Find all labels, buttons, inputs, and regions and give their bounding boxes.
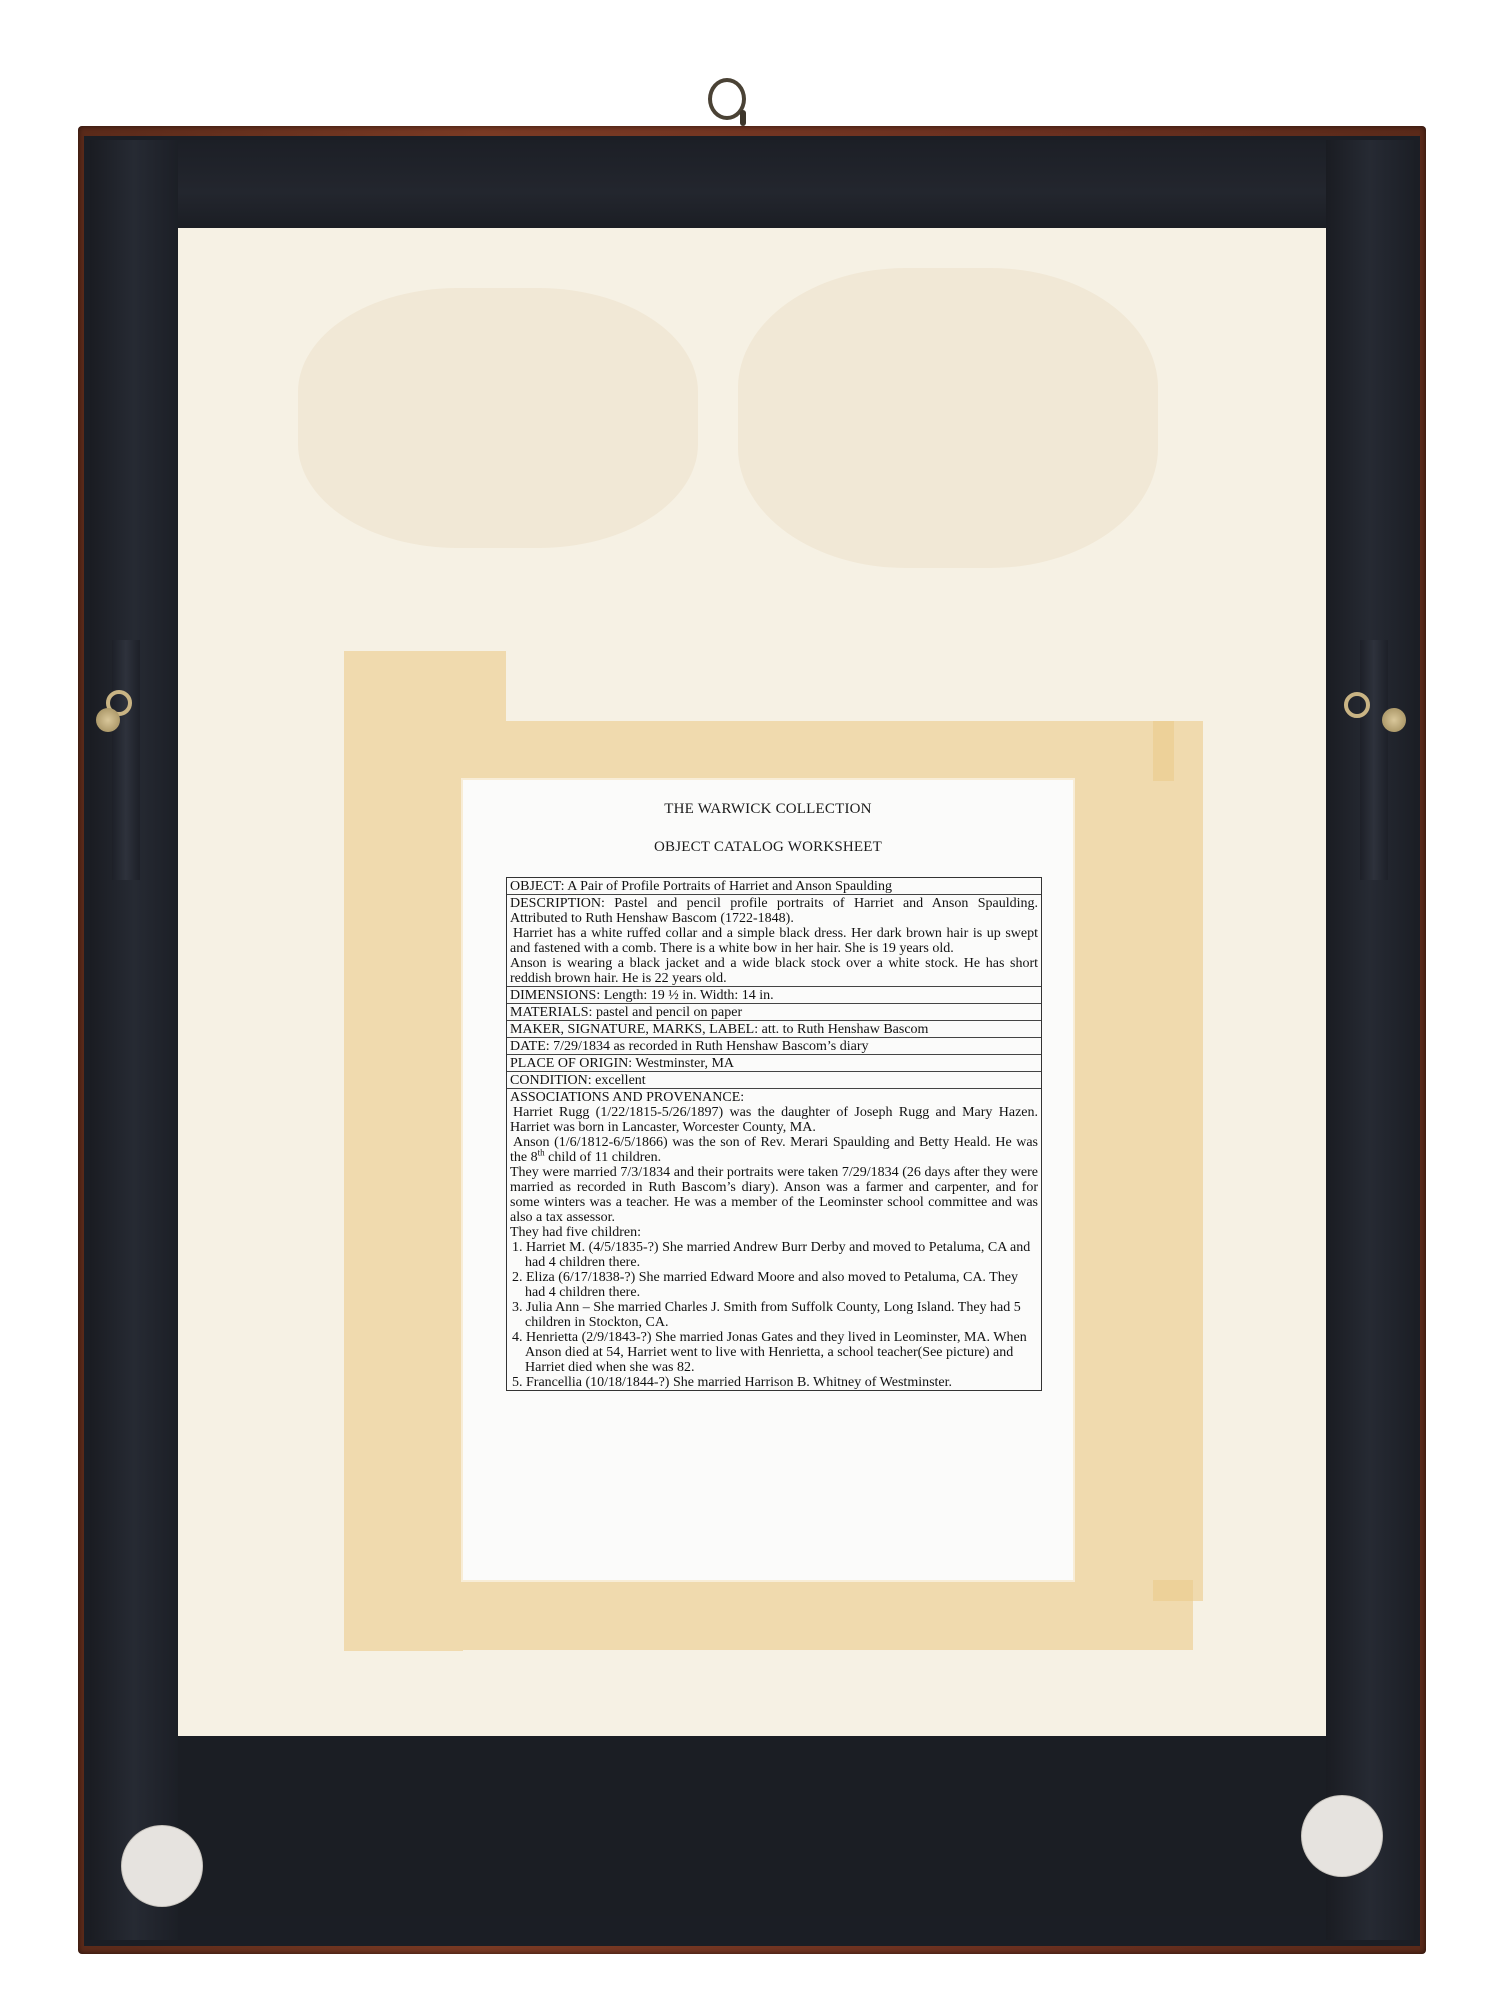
anson-bio-text-end: child of 11 children. (545, 1150, 662, 1165)
provenance-label: ASSOCIATIONS AND PROVENANCE: (510, 1090, 1038, 1105)
child-list-item: 5. Francellia (10/18/1844-?) She married… (510, 1375, 1038, 1390)
condition-row: CONDITION: excellent (507, 1072, 1041, 1089)
d-ring-right-icon (1344, 692, 1370, 718)
maker-row: MAKER, SIGNATURE, MARKS, LABEL: att. to … (507, 1021, 1041, 1038)
tape-strip-left (344, 781, 463, 1651)
water-stain (298, 288, 698, 548)
velvet-border-bottom (178, 1736, 1326, 1916)
child-list-item: 1. Harriet M. (4/5/1835-?) She married A… (510, 1240, 1038, 1270)
velvet-border-left (90, 140, 178, 1940)
felt-bumper-right-icon (1302, 1796, 1382, 1876)
hanging-ring-post (740, 110, 746, 126)
velvet-border-right (1326, 140, 1414, 1940)
collection-heading: THE WARWICK COLLECTION (463, 801, 1073, 818)
tape-strip-top-left (344, 651, 506, 721)
children-intro: They had five children: (510, 1225, 1038, 1240)
velvet-pinch-right (1360, 640, 1388, 880)
marriage-text: They were married 7/3/1834 and their por… (510, 1165, 1038, 1225)
child-list-item: 4. Henrietta (2/9/1843-?) She married Jo… (510, 1330, 1038, 1375)
tape-strip-top (344, 721, 1174, 781)
felt-bumper-left-icon (122, 1826, 202, 1906)
ordinal-suffix: th (538, 1147, 545, 1157)
description-row: DESCRIPTION: Pastel and pencil profile p… (507, 895, 1041, 987)
child-list-item: 3. Julia Ann – She married Charles J. Sm… (510, 1300, 1038, 1330)
velvet-pinch-left (112, 640, 140, 880)
screw-left-icon (96, 708, 120, 732)
anson-bio: Anson (1/6/1812-6/5/1866) was the son of… (510, 1135, 1038, 1165)
child-list-item: 2. Eliza (6/17/1838-?) She married Edwar… (510, 1270, 1038, 1300)
catalog-worksheet: THE WARWICK COLLECTION OBJECT CATALOG WO… (463, 780, 1073, 1580)
worksheet-heading: OBJECT CATALOG WORKSHEET (463, 839, 1073, 856)
dimensions-row: DIMENSIONS: Length: 19 ½ in. Width: 14 i… (507, 987, 1041, 1004)
origin-row: PLACE OF ORIGIN: Westminster, MA (507, 1055, 1041, 1072)
tape-strip-bottom (463, 1580, 1193, 1650)
materials-row: MATERIALS: pastel and pencil on paper (507, 1004, 1041, 1021)
tape-strip-inner-right (1073, 781, 1153, 1580)
harriet-bio: Harriet Rugg (1/22/1815-5/26/1897) was t… (510, 1105, 1038, 1135)
object-row: OBJECT: A Pair of Profile Portraits of H… (507, 878, 1041, 895)
description-harriet: Harriet has a white ruffed collar and a … (510, 926, 1038, 956)
description-intro: DESCRIPTION: Pastel and pencil profile p… (510, 896, 1038, 926)
description-anson: Anson is wearing a black jacket and a wi… (510, 956, 1038, 986)
provenance-row: ASSOCIATIONS AND PROVENANCE: Harriet Rug… (507, 1089, 1041, 1390)
tape-strip-right (1153, 721, 1203, 1601)
screw-right-icon (1382, 708, 1406, 732)
velvet-border-top (178, 140, 1326, 228)
date-row: DATE: 7/29/1834 as recorded in Ruth Hens… (507, 1038, 1041, 1055)
water-stain (738, 268, 1158, 568)
catalog-table: OBJECT: A Pair of Profile Portraits of H… (506, 877, 1042, 1391)
